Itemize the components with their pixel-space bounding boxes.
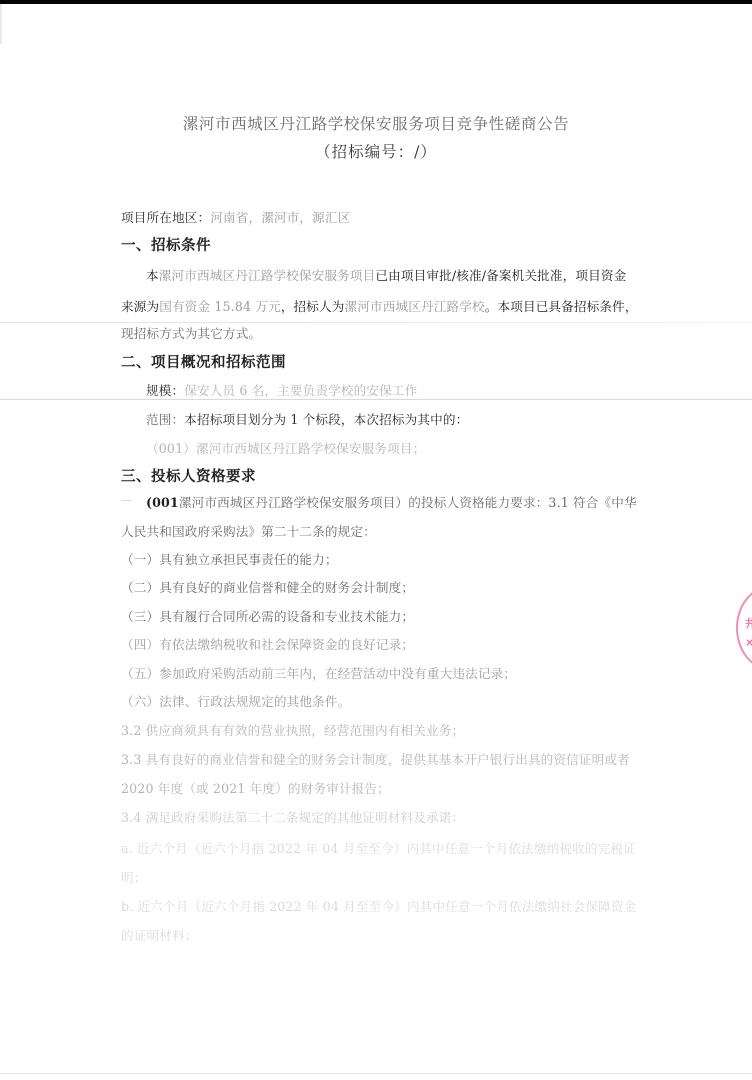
requirement-3-3-line-1: 3.3 具有良好的商业信誉和健全的财务会计制度，提供其基本开户银行出具的资信证明… xyxy=(121,749,630,768)
bidder-name: 漯河市西城区丹江路学校 xyxy=(345,299,485,314)
qualification-intro-line-2: 人民共和国政府采购法》第二十二条的规定： xyxy=(121,521,376,540)
left-edge-mark xyxy=(0,4,2,44)
bid-number: （招标编号：/） xyxy=(0,140,752,162)
section-heading-project-overview: 二、项目概况和招标范围 xyxy=(121,351,286,372)
qualification-intro-line-1: (001漯河市西城区丹江路学校保安服务项目）的投标人资格能力要求：3.1 符合《… xyxy=(146,492,637,511)
requirement-a-line-2: 明； xyxy=(121,867,147,886)
qualification-item-5: （五）参加政府采购活动前三年内，在经营活动中没有重大违法记录； xyxy=(121,663,516,682)
project-location: 项目所在地区：河南省，漯河市，源汇区 xyxy=(121,207,350,226)
requirement-b-line-1: b. 近六个月（近六个月指 2022 年 04 月至至今）内其中任意一个月依法缴… xyxy=(121,896,636,915)
project-scope: 范围：本招标项目划分为 1 个标段，本次招标为其中的： xyxy=(146,409,468,428)
scan-rule-gray xyxy=(0,322,752,323)
requirement-a-line-1: a. 近六个月（近六个月指 2022 年 04 月至至今）内其中任意一个月依法缴… xyxy=(121,838,636,857)
conditions-line-2: 来源为国有资金 15.84 万元，招标人为漯河市西城区丹江路学校。本项目已具备招… xyxy=(121,296,638,315)
scan-rule-red xyxy=(0,399,752,400)
requirement-3-3-line-2: 2020 年度（或 2021 年度）的财务审计报告； xyxy=(121,778,390,797)
scan-rule-bottom xyxy=(0,1073,752,1074)
dash-mark xyxy=(122,500,132,501)
requirement-3-2: 3.2 供应商须具有有效的营业执照，经营范围内有相关业务； xyxy=(121,720,464,739)
location-value: 河南省，漯河市，源汇区 xyxy=(210,210,350,225)
requirement-3-4: 3.4 满足政府采购法第二十二条规定的其他证明材料及承诺： xyxy=(121,807,464,826)
qualification-item-1: （一）具有独立承担民事责任的能力； xyxy=(121,549,338,568)
qualification-item-6: （六）法律、行政法规规定的其他条件。 xyxy=(121,691,350,710)
section-heading-bidding-conditions: 一、招标条件 xyxy=(121,234,211,255)
seal-char-2: × xyxy=(745,636,752,649)
qualification-item-4: （四）有依法缴纳税收和社会保障资金的良好记录； xyxy=(121,634,414,653)
top-edge-bar xyxy=(0,0,752,4)
fund-amount: 国有资金 15.84 万元 xyxy=(159,299,281,314)
project-scale: 规模：保安人员 6 名，主要负责学校的安保工作 xyxy=(146,380,417,399)
location-label: 项目所在地区： xyxy=(121,210,210,225)
lot-item: （001）漯河市西城区丹江路学校保安服务项目； xyxy=(146,438,425,457)
document-page: 漯河市西城区丹江路学校保安服务项目竞争性磋商公告 （招标编号：/） 项目所在地区… xyxy=(0,0,752,1080)
qualification-item-3: （三）具有履行合同所必需的设备和专业技术能力； xyxy=(121,606,414,625)
conditions-line-3: 现招标方式为其它方式。 xyxy=(121,323,261,342)
requirement-b-line-2: 的证明材料； xyxy=(121,925,197,944)
document-title: 漯河市西城区丹江路学校保安服务项目竞争性磋商公告 xyxy=(0,112,752,134)
seal-char-1: 井 xyxy=(745,615,752,631)
section-heading-bidder-qualifications: 三、投标人资格要求 xyxy=(121,465,256,486)
qualification-item-2: （二）具有良好的商业信誉和健全的财务会计制度； xyxy=(121,577,414,596)
conditions-line-1: 本漯河市西城区丹江路学校保安服务项目已由项目审批/核准/备案机关批准，项目资金 xyxy=(146,265,626,284)
project-name: 漯河市西城区丹江路学校保安服务项目 xyxy=(159,268,376,283)
